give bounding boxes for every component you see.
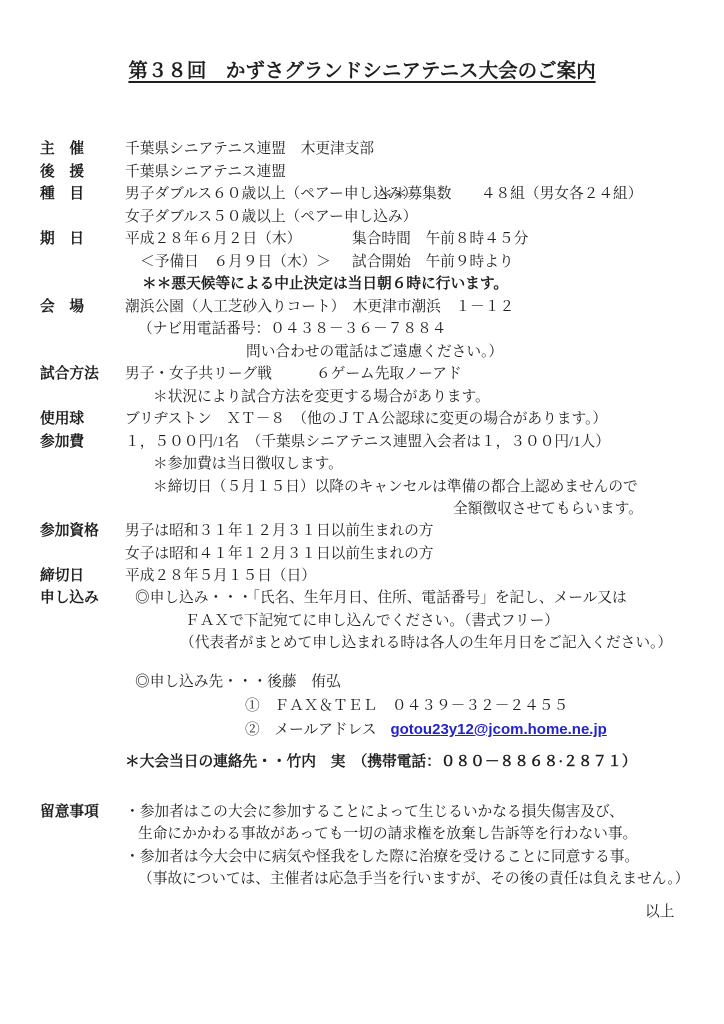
label-organizer: 主 催 (40, 139, 84, 159)
entry-destination: ◎申し込み先・・・後藤 侑弘 (135, 672, 341, 692)
label-eligibility: 参加資格 (40, 521, 99, 541)
format-line1: 男子・女子共リーグ戦 ６ゲーム先取ノーアド (125, 364, 462, 384)
format-line2: ＊状況により試合方法を変更する場合があります。 (153, 387, 490, 407)
venue-line1: 潮浜公園（人工芝砂入りコート） 木更津市潮浜 １－１２ (125, 297, 514, 317)
notes-line4: （事故については、主催者は応急手当を行いますが、その後の責任は負えません。） (138, 869, 689, 889)
events-line1: 男子ダブルス６０歳以上（ペアー申し込み） (125, 184, 417, 204)
events-capacity: ＊＊募集数 ４８組（男女各２４組） (378, 184, 642, 204)
entry-mail-label: ② メールアドレス (245, 722, 376, 738)
date-reserve-day: ＜予備日 ６月９日（木）＞ (140, 252, 331, 272)
date-assembly-time: 集合時間 午前８時４５分 (352, 229, 528, 249)
entry-fax-tel: ① ＦＡＸ＆ＴＥＬ ０４３９－３２－２４５５ (245, 696, 568, 716)
events-line2: 女子ダブルス５０歳以上（ペアー申し込み） (125, 207, 417, 227)
ball-text: ブリヂストン ＸＴ－８ （他のＪＴＡ公認球に変更の場合があります。） (125, 409, 607, 429)
closing-text: 以上 (645, 902, 674, 922)
support-text: 千葉県シニアテニス連盟 (125, 162, 286, 182)
notes-line1: ・参加者はこの大会に参加することによって生じるいかなる損失傷害及び、 (125, 802, 624, 822)
venue-phone-note: 問い合わせの電話はご遠慮ください。） (246, 342, 503, 362)
label-ball: 使用球 (40, 409, 84, 429)
document-page: 第３８回 かずさグランドシニアテニス大会のご案内 主 催 千葉県シニアテニス連盟… (0, 0, 724, 1024)
fee-line3: ＊締切日（５月１５日）以降のキャンセルは準備の都合上認めませんので (153, 477, 638, 497)
label-deadline: 締切日 (40, 566, 84, 586)
deadline-text: 平成２８年５月１５日（日） (125, 566, 316, 586)
entry-line2: ＦＡＸで下記宛てに申し込んでください。（書式フリー） (185, 611, 559, 631)
date-line1: 平成２８年６月２日（木） (125, 229, 301, 249)
date-cancel-note: ＊＊悪天候等による中止決定は当日朝６時に行います。 (142, 274, 508, 294)
fee-line2: ＊参加費は当日徴収します。 (153, 454, 343, 474)
fee-line1: １，５００円/1名 （千葉県シニアテニス連盟入会者は１，３００円/1人） (125, 432, 610, 452)
label-venue: 会 場 (40, 297, 84, 317)
entry-mail-row: ② メールアドレスgotou23y12@jcom.home.ne.jp (245, 720, 607, 740)
eligibility-women: 女子は昭和４１年１２月３１日以前生まれの方 (125, 544, 433, 564)
organizer-text: 千葉県シニアテニス連盟 木更津支部 (125, 139, 374, 159)
entry-line3: （代表者がまとめて申し込まれる時は各人の生年月日をご記入ください。） (180, 633, 672, 653)
label-entry: 申し込み (40, 588, 99, 608)
label-notes: 留意事項 (40, 802, 99, 822)
notes-line2: 生命にかかわる事故があっても一切の請求権を放棄し告訴等を行わない事。 (138, 824, 637, 844)
entry-line1: ◎申し込み・・・「氏名、生年月日、住所、電話番号」を記し、メール又は (135, 588, 627, 608)
date-start-time: 試合開始 午前９時より (352, 252, 514, 272)
venue-nav-phone: （ナビ用電話番号：０４３８－３６－７８８４ (138, 319, 446, 339)
page-title: 第３８回 かずさグランドシニアテニス大会のご案内 (0, 55, 724, 83)
notes-line3: ・参加者は今大会中に病気や怪我をした際に治療を受けることに同意する事。 (125, 847, 639, 867)
label-support: 後 援 (40, 162, 84, 182)
fee-line4: 全額徴収させてもらいます。 (453, 499, 643, 519)
label-events: 種 目 (40, 184, 84, 204)
email-link[interactable]: gotou23y12@jcom.home.ne.jp (390, 721, 606, 738)
entry-day-contact: ＊大会当日の連絡先・・竹内 実 （携帯電話：０８０－８８６８·２８７１） (125, 752, 637, 772)
label-format: 試合方法 (40, 364, 99, 384)
label-fee: 参加費 (40, 432, 84, 452)
page-title-text: 第３８回 かずさグランドシニアテニス大会のご案内 (128, 61, 595, 82)
label-date: 期 日 (40, 229, 84, 249)
eligibility-men: 男子は昭和３１年１２月３１日以前生まれの方 (125, 521, 433, 541)
